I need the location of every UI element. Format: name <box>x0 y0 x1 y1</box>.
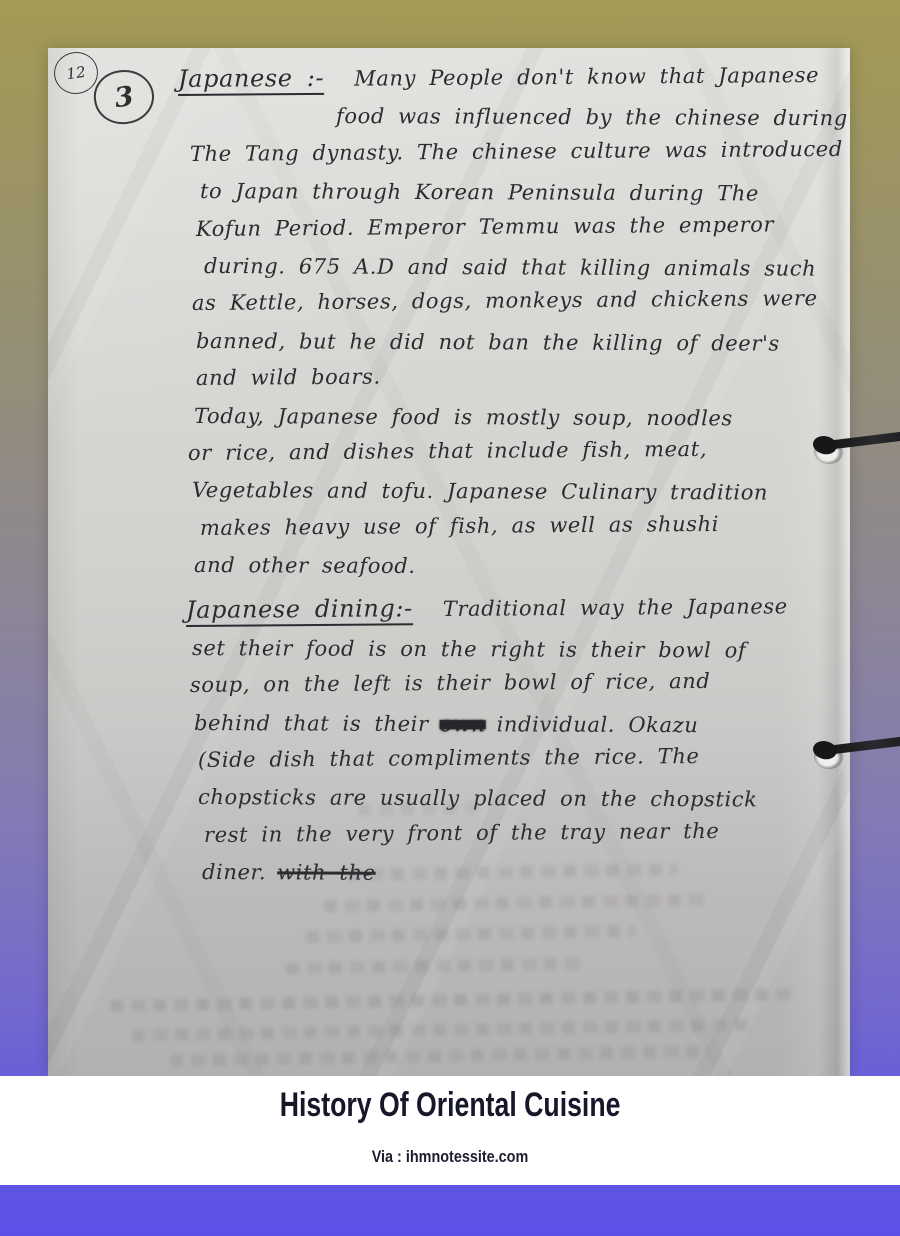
handwritten-line: The Tang dynasty. The chinese culture wa… <box>190 131 844 174</box>
handwritten-text: set their food is on the right is their … <box>192 636 746 662</box>
page-number-badge: 12 <box>51 49 100 97</box>
handwritten-text: Kofun Period. Emperor Temmu was the empe… <box>196 212 774 241</box>
handwritten-text: behind that is their <box>194 711 429 736</box>
handwritten-text: rest in the very front of the tray near … <box>204 819 720 847</box>
handwritten-text: and other seafood. <box>194 553 416 578</box>
caption-band: History Of Oriental Cuisine Via : ihmnot… <box>0 1076 900 1185</box>
bleed-through-marks <box>358 802 478 816</box>
binder-hole <box>814 743 844 769</box>
bleed-through-marks <box>132 1019 752 1042</box>
handwritten-text: or rice, and dishes that include fish, m… <box>188 437 707 465</box>
handwritten-text: soup, on the left is their bowl of rice,… <box>190 669 711 697</box>
handwritten-line: soup, on the left is their bowl of rice,… <box>190 662 844 705</box>
handwritten-text: as Kettle, horses, dogs, monkeys and chi… <box>192 286 818 315</box>
heading-japanese: Japanese :- <box>178 64 324 96</box>
handwritten-text: Today, Japanese food is mostly soup, noo… <box>194 404 733 430</box>
notebook-paper-photo: 12 3 Japanese :-Many People don't know t… <box>48 48 850 1076</box>
handwritten-text: Traditional way the Japanese <box>443 595 788 622</box>
section-number: 3 <box>113 80 136 113</box>
handwritten-text: diner. <box>202 860 266 884</box>
handwritten-line: as Kettle, horses, dogs, monkeys and chi… <box>192 280 844 323</box>
handwritten-line: and wild boars. <box>196 355 844 397</box>
bleed-through-marks <box>110 988 798 1012</box>
handwritten-line: Kofun Period. Emperor Temmu was the empe… <box>196 205 844 247</box>
handwritten-line: Japanese dining:-Traditional way the Jap… <box>186 587 844 630</box>
handwritten-text: and wild boars. <box>196 365 381 390</box>
handwritten-text: food was influenced by the chinese durin… <box>336 104 848 130</box>
handwritten-notes: Japanese :-Many People don't know that J… <box>178 61 844 892</box>
handwritten-text: to Japan through Korean Peninsula during… <box>200 179 759 205</box>
handwritten-text: banned, but he did not ban the killing o… <box>196 329 780 356</box>
handwritten-line: makes heavy use of fish, as well as shus… <box>200 505 844 547</box>
source-attribution: Via : ihmnotessite.com <box>0 1149 900 1167</box>
heading-japanese-dining: Japanese dining:- <box>186 595 413 628</box>
bleed-through-marks <box>324 894 710 913</box>
bleed-through-marks <box>306 925 636 943</box>
handwritten-text: makes heavy use of fish, as well as shus… <box>200 512 719 540</box>
handwritten-text: Many People don't know that Japanese <box>354 63 819 91</box>
handwritten-line: Japanese :-Many People don't know that J… <box>178 56 844 99</box>
handwritten-line: and other seafood. <box>194 547 844 587</box>
bleed-through-marks <box>170 1045 710 1066</box>
page-title: History Of Oriental Cuisine <box>0 1087 900 1123</box>
handwritten-text: individual. Okazu <box>497 712 699 737</box>
handwritten-line: (Side dish that compliments the rice. Th… <box>198 737 844 779</box>
page-number: 12 <box>65 63 86 83</box>
scribbled-word: own <box>440 712 486 736</box>
handwritten-text: The Tang dynasty. The chinese culture wa… <box>190 137 843 166</box>
page-title-text: History Of Oriental Cuisine <box>280 1085 621 1125</box>
section-number-badge: 3 <box>91 66 158 128</box>
source-attribution-text: Via : ihmnotessite.com <box>372 1149 529 1168</box>
binder-hole <box>814 438 844 464</box>
screenshot-root: 12 3 Japanese :-Many People don't know t… <box>0 0 900 1236</box>
handwritten-line: or rice, and dishes that include fish, m… <box>188 430 844 473</box>
handwritten-text: during. 675 A.D and said that killing an… <box>204 254 816 281</box>
bleed-through-marks <box>286 957 586 974</box>
handwritten-line: rest in the very front of the tray near … <box>204 812 844 854</box>
handwritten-text: Vegetables and tofu. Japanese Culinary t… <box>192 478 768 505</box>
handwritten-text: (Side dish that compliments the rice. Th… <box>198 744 700 772</box>
